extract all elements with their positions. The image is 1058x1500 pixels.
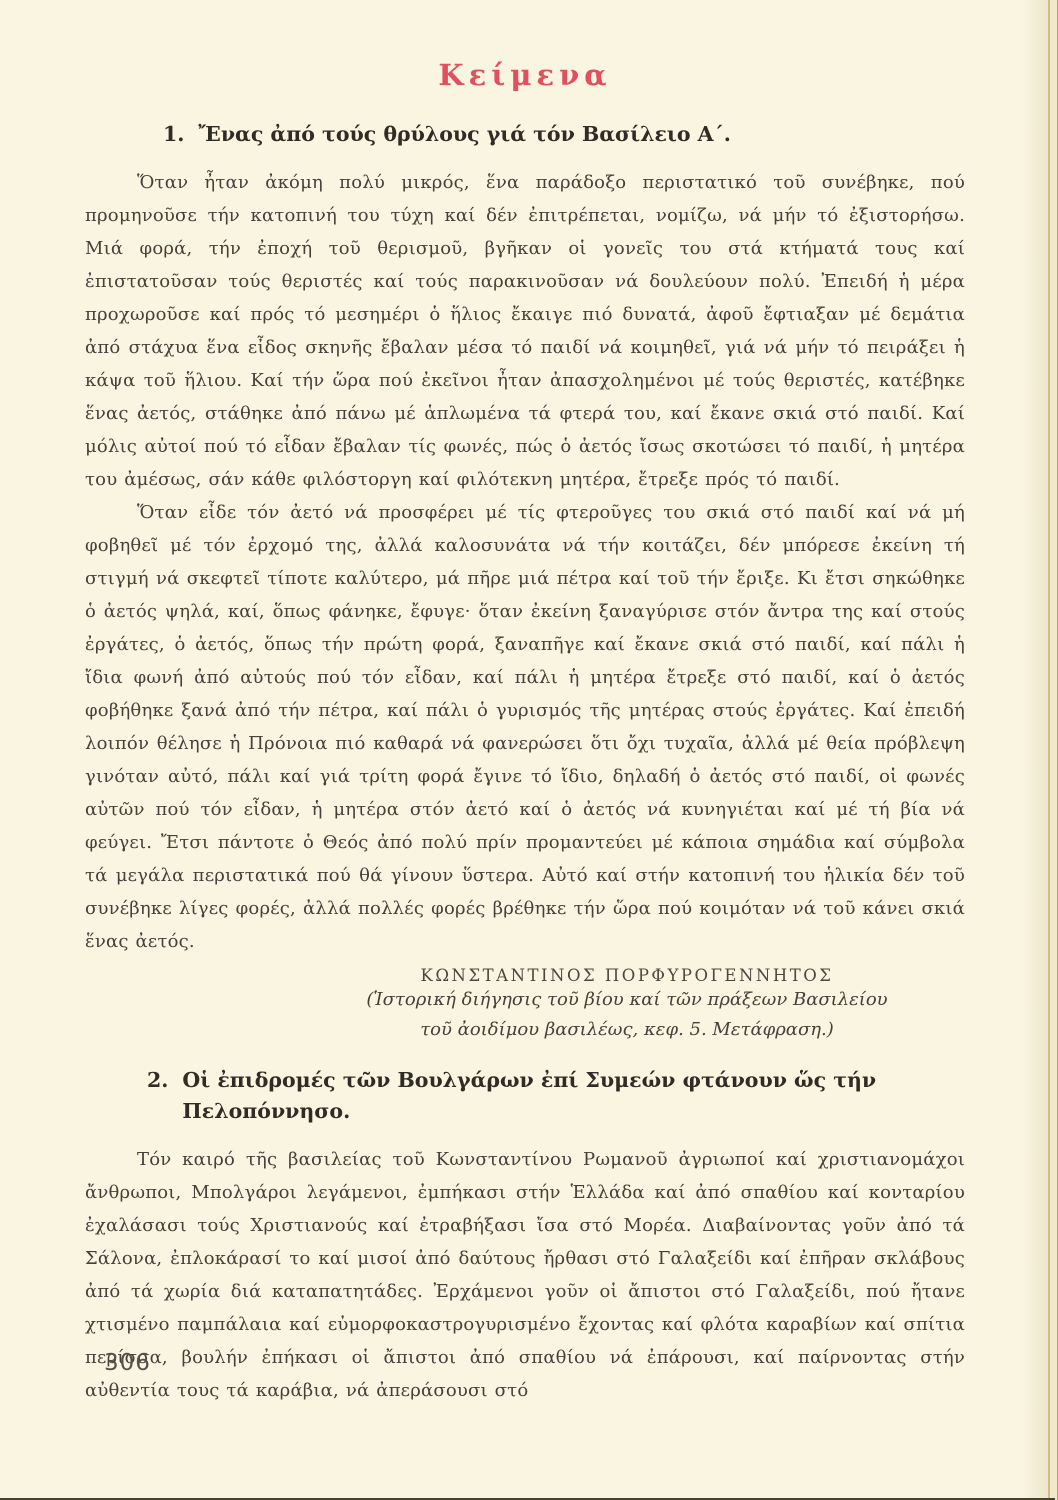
page-edge-line: [1048, 0, 1050, 1500]
section-2-heading-text: Οἱ ἐπιδρομές τῶν Βουλγάρων ἐπί Συμεών φτ…: [182, 1065, 965, 1127]
page-edge-shadow: [1022, 0, 1048, 1500]
section-1-number: 1.: [163, 119, 198, 150]
section-1-paragraph-2: Ὅταν εἶδε τόν ἀετό νά προσφέρει μέ τίς φ…: [85, 496, 965, 958]
section-1-heading: 1. Ἔνας ἀπό τούς θρύλους γιά τόν Βασίλει…: [85, 119, 965, 150]
section-2-paragraph-1: Τόν καιρό τῆς βασιλείας τοῦ Κωνσταντίνου…: [85, 1143, 965, 1407]
attribution-block: ΚΩΝΣΤΑΝΤΙΝΟΣ ΠΟΡΦΥΡΟΓΕΝΝΗΤΟΣ (Ἱστορική δ…: [347, 966, 907, 1045]
section-1-heading-text: Ἔνας ἀπό τούς θρύλους γιά τόν Βασίλειο Α…: [198, 119, 731, 150]
section-2-heading: 2. Οἱ ἐπιδρομές τῶν Βουλγάρων ἐπί Συμεών…: [85, 1065, 965, 1127]
page-title: Κείμενα: [85, 58, 965, 92]
page-content: Κείμενα 1. Ἔνας ἀπό τούς θρύλους γιά τόν…: [85, 58, 965, 1407]
attribution-source-line-2: τοῦ ἀοιδίμου βασιλέως, κεφ. 5. Μετάφραση…: [347, 1015, 907, 1045]
attribution-author: ΚΩΝΣΤΑΝΤΙΝΟΣ ΠΟΡΦΥΡΟΓΕΝΝΗΤΟΣ: [347, 966, 907, 985]
section-2-number: 2.: [147, 1065, 182, 1127]
book-page: Κείμενα 1. Ἔνας ἀπό τούς θρύλους γιά τόν…: [0, 0, 1058, 1500]
section-1-paragraph-1: Ὅταν ἦταν ἀκόμη πολύ μικρός, ἕνα παράδοξ…: [85, 166, 965, 496]
attribution-source-line-1: (Ἱστορική διήγησις τοῦ βίου καί τῶν πράξ…: [347, 985, 907, 1015]
page-number: 306: [104, 1350, 151, 1376]
